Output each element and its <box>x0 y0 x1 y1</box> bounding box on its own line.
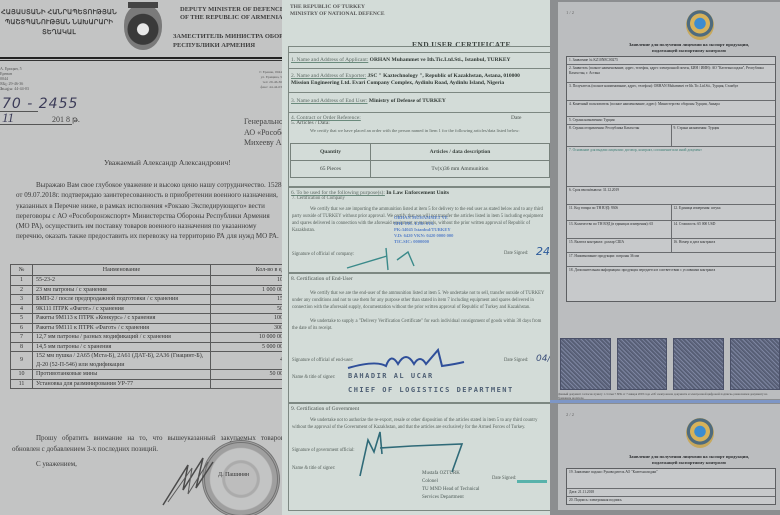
title-line: подлежащей экспортному контролю <box>598 48 780 54</box>
row-number: 3 <box>11 295 33 305</box>
end-user-certification-label: 8. Certification of End-User <box>289 272 550 282</box>
government-signature-icon <box>352 418 482 478</box>
item-name: БМП-2 / после предпродажной подготовки /… <box>33 295 211 305</box>
header-line: THE REPUBLIC OF TURKEY <box>290 4 385 11</box>
page-divider <box>550 400 780 403</box>
table-row: 49К111 ПТРК «Фагот» / с хранения500 <box>11 304 283 314</box>
form-row: 17. Наименование продукции: патроны 36 м… <box>567 253 775 267</box>
form-cell: 9. Страна назначения: Турция <box>672 125 776 146</box>
right-address: Г. Ереван, 0044 ул. Ерицяна, 5 тел: 29-4… <box>259 70 282 90</box>
letterhead-line: ՊԱՇՏՊԱՆՈՒԹՅԱՆ ՆԱԽԱՐԱՐԻ <box>0 18 118 28</box>
title-line: подлежащей экспортному контролю <box>598 460 780 466</box>
company-signature-icon <box>342 242 422 272</box>
ministry-header: THE REPUBLIC OF TURKEY MINISTRY OF NATIO… <box>290 4 385 18</box>
item-quantity: 3000 <box>211 323 283 333</box>
form-row: 7. Основание для выдачи лицензии: догово… <box>567 147 775 187</box>
articles-table: Quantity Articles / data description 65 … <box>290 143 550 178</box>
items-table: № Наименование Кол-во в ед. 155-23-21002… <box>10 264 282 389</box>
letterhead-line: OF THE REPUBLIC OF ARMENIA <box>180 14 282 22</box>
table-row: 223 мм патроны / с хранения1 000 000 <box>11 285 283 295</box>
recipient-line: АО «Рособоронэкспорт» <box>244 128 282 139</box>
armenian-defense-letter: ՀԱՅԱՍՏԱՆԻ ՀԱՆՐԱՊԵՏՈՒԹՅԱՆ ՊԱՇՏՊԱՆՈՒԹՅԱՆ Ն… <box>0 0 282 515</box>
field-value: JSC " Kaztechnology ", Republic of Kazak… <box>368 73 520 79</box>
field-applicant: 1. Name and Address of Applicant: ORHAN … <box>289 52 550 68</box>
table-row: 814,5 мм патроны / с хранения5 000 000 <box>11 342 283 352</box>
reference-year: 201 8 թ. <box>52 115 80 124</box>
table-row: 712,7 мм патроны / разных модификаций / … <box>11 333 283 343</box>
recipient-line: Михееву А.А. <box>244 138 282 149</box>
row-number: 8 <box>11 342 33 352</box>
letterhead-divider <box>0 57 282 61</box>
end-user-date-signed: 04/ <box>536 354 550 364</box>
row-number: 2 <box>11 285 33 295</box>
armenia-coat-of-arms-icon <box>124 4 162 50</box>
form-row: 19. Заявление подано: Руководитель АО "К… <box>567 469 775 489</box>
row-number: 4 <box>11 304 33 314</box>
end-user-certificate: THE REPUBLIC OF TURKEY MINISTRY OF NATIO… <box>282 0 550 515</box>
field-purpose: 6. To be used for the following purpose(… <box>289 186 550 196</box>
letterhead-line: ՀԱՅԱՍՏԱՆԻ ՀԱՆՐԱՊԵՏՈՒԹՅԱՆ <box>0 8 118 18</box>
government-certification-label: 9. Certification of Government <box>289 402 550 412</box>
form-cell: 13. Количество по ТН ВЭД (в единицах изм… <box>567 221 672 238</box>
recipient-line: Генеральному директору <box>244 117 282 128</box>
page-number: 1 / 2 <box>566 10 574 15</box>
form-cell: 14. Стоимость: 65 000 USD <box>672 221 776 238</box>
item-name: 14,5 мм патроны / с хранения <box>33 342 211 352</box>
item-name: 55-23-2 <box>33 276 211 286</box>
row-number: 1 <box>11 276 33 286</box>
item-name: 23 мм патроны / с хранения <box>33 285 211 295</box>
letterhead-armenian: ՀԱՅԱՍՏԱՆԻ ՀԱՆՐԱՊԵՏՈՒԹՅԱՆ ՊԱՇՏՊԱՆՈՒԹՅԱՆ Ն… <box>0 8 118 38</box>
item-name: Установка для разминирования УР-77 <box>33 379 211 389</box>
table-row: 3БМП-2 / после предпродажной подготовки … <box>11 295 283 305</box>
item-quantity: 10 000 000 <box>211 333 283 343</box>
form-cell: 12. Единица измерения: штука <box>672 205 776 220</box>
field-end-user: 3. Name and Address of End User: Ministr… <box>289 92 550 112</box>
form-row: 1. Заявление № KZ10NEC00275 <box>567 57 775 65</box>
item-quantity: 50 000 <box>211 370 283 380</box>
signer-line: Colonel <box>422 478 479 486</box>
form-row: 3. Получатель (полное наименование, адре… <box>567 83 775 101</box>
qr-code-icon <box>560 338 611 390</box>
letterhead-line: ЗАМЕСТИТЕЛЬ МИНИСТРА ОБОРОНЫ <box>173 32 282 41</box>
table-row: 10Противотанковые мины50 000 <box>11 370 283 380</box>
recipient-block: Генеральному директору АО «Рособоронэксп… <box>244 117 282 149</box>
field-value: In Law Enforcement Units <box>386 190 449 196</box>
form-row: 20. Подпись: электронная подпись <box>567 497 775 504</box>
end-user-signature-label: Signature of official of end-user: <box>292 358 353 363</box>
qr-code-icon <box>617 338 668 390</box>
item-quantity: 1000 <box>211 314 283 324</box>
item-quantity: 40 <box>211 352 283 370</box>
item-quantity: 1 000 000 <box>211 285 283 295</box>
column-header: Articles / data description <box>371 144 550 161</box>
field-value: Mission Engineering Ltd. Evari Company C… <box>291 80 504 86</box>
signer-name: Д. Пашинян <box>218 472 249 478</box>
date-stamp-mark <box>517 480 547 483</box>
field-label: 5. Articles / Data: <box>291 120 330 126</box>
license-title: Заявление для получения лицензии на эксп… <box>598 42 780 54</box>
form-row: Дата: 21.11.2018 <box>567 489 775 497</box>
license-title: Заявление для получения лицензии на эксп… <box>598 454 780 466</box>
letter-body: Выражаю Вам свое глубокое уважение и выс… <box>16 180 282 242</box>
field-label: 2. Name and Address of Exporter: <box>291 73 366 79</box>
column-header: Quantity <box>291 144 371 161</box>
signer-line: Services Department <box>422 494 479 502</box>
end-user-date-signed-label: Date Signed: <box>504 358 528 363</box>
qr-code-icon <box>730 338 780 390</box>
column-header: Наименование <box>33 265 211 276</box>
table-row: 9152 мм пушка / 2А65 (Мста-Б), 2А61 (ДАТ… <box>11 352 283 370</box>
item-quantity: 100 <box>211 276 283 286</box>
item-name: 12,7 мм патроны / разных модификаций / с… <box>33 333 211 343</box>
table-row: 5Ракеты 9М113 к ПТРК «Конкурс» / с хране… <box>11 314 283 324</box>
table-row: 65 Pieces Tv(x)36 mm Ammunition <box>291 161 550 178</box>
kazakhstan-emblem-icon <box>686 418 714 448</box>
company-date-signed-label: Date Signed: <box>504 251 528 256</box>
table-row: 6Ракеты 9М111 к ПТРК «Фагот» / с хранени… <box>11 323 283 333</box>
letterhead-line: ՏԵՂԱԿԱԼ <box>0 28 118 38</box>
signer-line: Mustafa OZTURK <box>422 470 479 478</box>
quantity-cell: 65 Pieces <box>291 161 371 178</box>
letterhead: ՀԱՅԱՍՏԱՆԻ ՀԱՆՐԱՊԵՏՈՒԹՅԱՆ ՊԱՇՏՊԱՆՈՒԹՅԱՆ Ն… <box>0 0 282 62</box>
items-table-body: 155-23-2100223 мм патроны / с хранения1 … <box>11 276 283 389</box>
description-cell: Tv(x)36 mm Ammunition <box>371 161 550 178</box>
form-split-row: 11. Код товара по ТН ВЭД: 9306 12. Едини… <box>567 205 775 221</box>
sender-address: А. Ерицян, 5 Ереван 0044 Տել: 29-46-36 Ֆ… <box>0 66 29 91</box>
articles-intro: We certify that we have placed an order … <box>292 128 548 134</box>
license-form-page-2: 19. Заявление подано: Руководитель АО "К… <box>566 468 776 505</box>
form-cell: 16. Номер и дата контракта <box>672 239 776 252</box>
form-row: 2. Заявитель (полное наименование, адрес… <box>567 65 775 83</box>
form-cell: 15. Валюта контракта: доллар США <box>567 239 672 252</box>
letterhead-english: DEPUTY MINISTER OF DEFENCE OF THE REPUBL… <box>180 6 282 22</box>
field-label: 9. Certification of Government <box>291 406 359 412</box>
qr-code-icon <box>673 338 724 390</box>
form-split-row: 8. Страна отправления: Республика Казахс… <box>567 125 775 147</box>
form-row: 18. Дополнительная информация: продукция… <box>567 267 775 301</box>
form-row: 4. Конечный пользователь (полное наимено… <box>567 101 775 117</box>
table-row: 11Установка для разминирования УР-776 <box>11 379 283 389</box>
government-name-label: Name & title of signer: <box>292 466 335 471</box>
field-value: Ministry of Defense of TURKEY <box>369 98 446 104</box>
salutation: Уважаемый Александр Александрович! <box>104 158 231 167</box>
kazakh-export-license: 1 / 2 Заявление для получения лицензии н… <box>550 0 780 515</box>
form-cell: 11. Код товара по ТН ВЭД: 9306 <box>567 205 672 220</box>
form-row: 6. Срок ввоза/вывоза: 31.12.2019 <box>567 187 775 205</box>
row-number: 9 <box>11 352 33 370</box>
form-cell: 8. Страна отправления: Республика Казахс… <box>567 125 672 146</box>
date-underline <box>0 124 72 125</box>
table-header-row: Quantity Articles / data description <box>291 144 550 161</box>
signer-line: TU MND Head of Technical <box>422 486 479 494</box>
form-row: 5. Страна назначения: Турция <box>567 117 775 125</box>
field-label: 1. Name and Address of Applicant: <box>291 57 368 63</box>
letterhead-line: РЕСПУБЛИКИ АРМЕНИЯ <box>173 41 282 50</box>
item-quantity: 5 000 000 <box>211 342 283 352</box>
letterhead-line: DEPUTY MINISTER OF DEFENCE <box>180 6 282 14</box>
form-split-row: 15. Валюта контракта: доллар США 16. Ном… <box>567 239 775 253</box>
government-date-signed-label: Date Signed: <box>492 476 516 481</box>
license-form: 1. Заявление № KZ10NEC00275 2. Заявитель… <box>566 56 776 302</box>
row-number: 6 <box>11 323 33 333</box>
qr-codes <box>560 338 780 390</box>
row-number: 11 <box>11 379 33 389</box>
end-user-dvc-text: We undertake to supply a "Delivery Verif… <box>292 318 548 332</box>
item-quantity: 150 <box>211 295 283 305</box>
field-label: 3. Name and Address of End User: <box>291 98 368 104</box>
government-signature-label: Signature of government official: <box>292 448 355 453</box>
page-number: 2 / 2 <box>566 412 574 417</box>
letterhead-russian: ЗАМЕСТИТЕЛЬ МИНИСТРА ОБОРОНЫ РЕСПУБЛИКИ … <box>173 32 282 50</box>
item-name: 152 мм пушка / 2А65 (Мста-Б), 2А61 (ДАТ-… <box>33 352 211 370</box>
license-page-2: 2 / 2 Заявление для получения лицензии н… <box>558 404 780 510</box>
company-certification-label: 7. Certification of Company <box>292 196 345 201</box>
signature-icon <box>158 450 218 510</box>
item-name: Ракеты 9М113 к ПТРК «Конкурс» / с хранен… <box>33 314 211 324</box>
company-stamp: ORHAN MUHAMMET VE ITH. TIC. LTD. STI. PK… <box>394 215 453 245</box>
row-number: 7 <box>11 333 33 343</box>
item-quantity: 500 <box>211 304 283 314</box>
kazakhstan-emblem-icon <box>686 10 714 40</box>
company-date-signed: 24 <box>536 245 550 258</box>
license-page-1: 1 / 2 Заявление для получения лицензии н… <box>558 2 780 399</box>
field-exporter: 2. Name and Address of Exporter: JSC " K… <box>289 68 550 92</box>
item-name: Ракеты 9М111 к ПТРК «Фагот» / с хранения <box>33 323 211 333</box>
field-value: ORHAN Muhammet ve Ith.Tic.Ltd.Sti., Ista… <box>370 57 511 63</box>
column-header: Кол-во в ед. <box>211 265 283 276</box>
header-line: MINISTRY OF NATIONAL DEFENCE <box>290 11 385 18</box>
end-user-signer-title: CHIEF OF LOGISTICS DEPARTMENT <box>348 386 514 394</box>
end-user-name-label: Name & title of signer: <box>292 375 335 380</box>
item-name: Противотанковые мины <box>33 370 211 380</box>
form-split-row: 13. Количество по ТН ВЭД (в единицах изм… <box>567 221 775 239</box>
column-header: № <box>11 265 33 276</box>
end-user-signature-icon <box>346 346 466 372</box>
table-row: 155-23-2100 <box>11 276 283 286</box>
table-header-row: № Наименование Кол-во в ед. <box>11 265 283 276</box>
government-signer: Mustafa OZTURK Colonel TU MND Head of Te… <box>422 470 479 502</box>
end-user-signer-name: BAHADIR AL UCAR <box>348 372 434 380</box>
qr-caption: Данный документ согласно пункту 1 статьи… <box>558 392 768 400</box>
address-line: факс: 44-44-03 <box>259 85 282 90</box>
end-user-certification-text: We certify that we are the end-user of t… <box>292 290 548 311</box>
regards: С уважением, <box>36 460 77 468</box>
field-label: 8. Certification of End-User <box>291 276 353 282</box>
sender-line: Ֆաքս: 44-44-03 <box>0 86 29 91</box>
row-number: 10 <box>11 370 33 380</box>
row-number: 5 <box>11 314 33 324</box>
item-name: 9К111 ПТРК «Фагот» / с хранения <box>33 304 211 314</box>
item-quantity: 6 <box>211 379 283 389</box>
